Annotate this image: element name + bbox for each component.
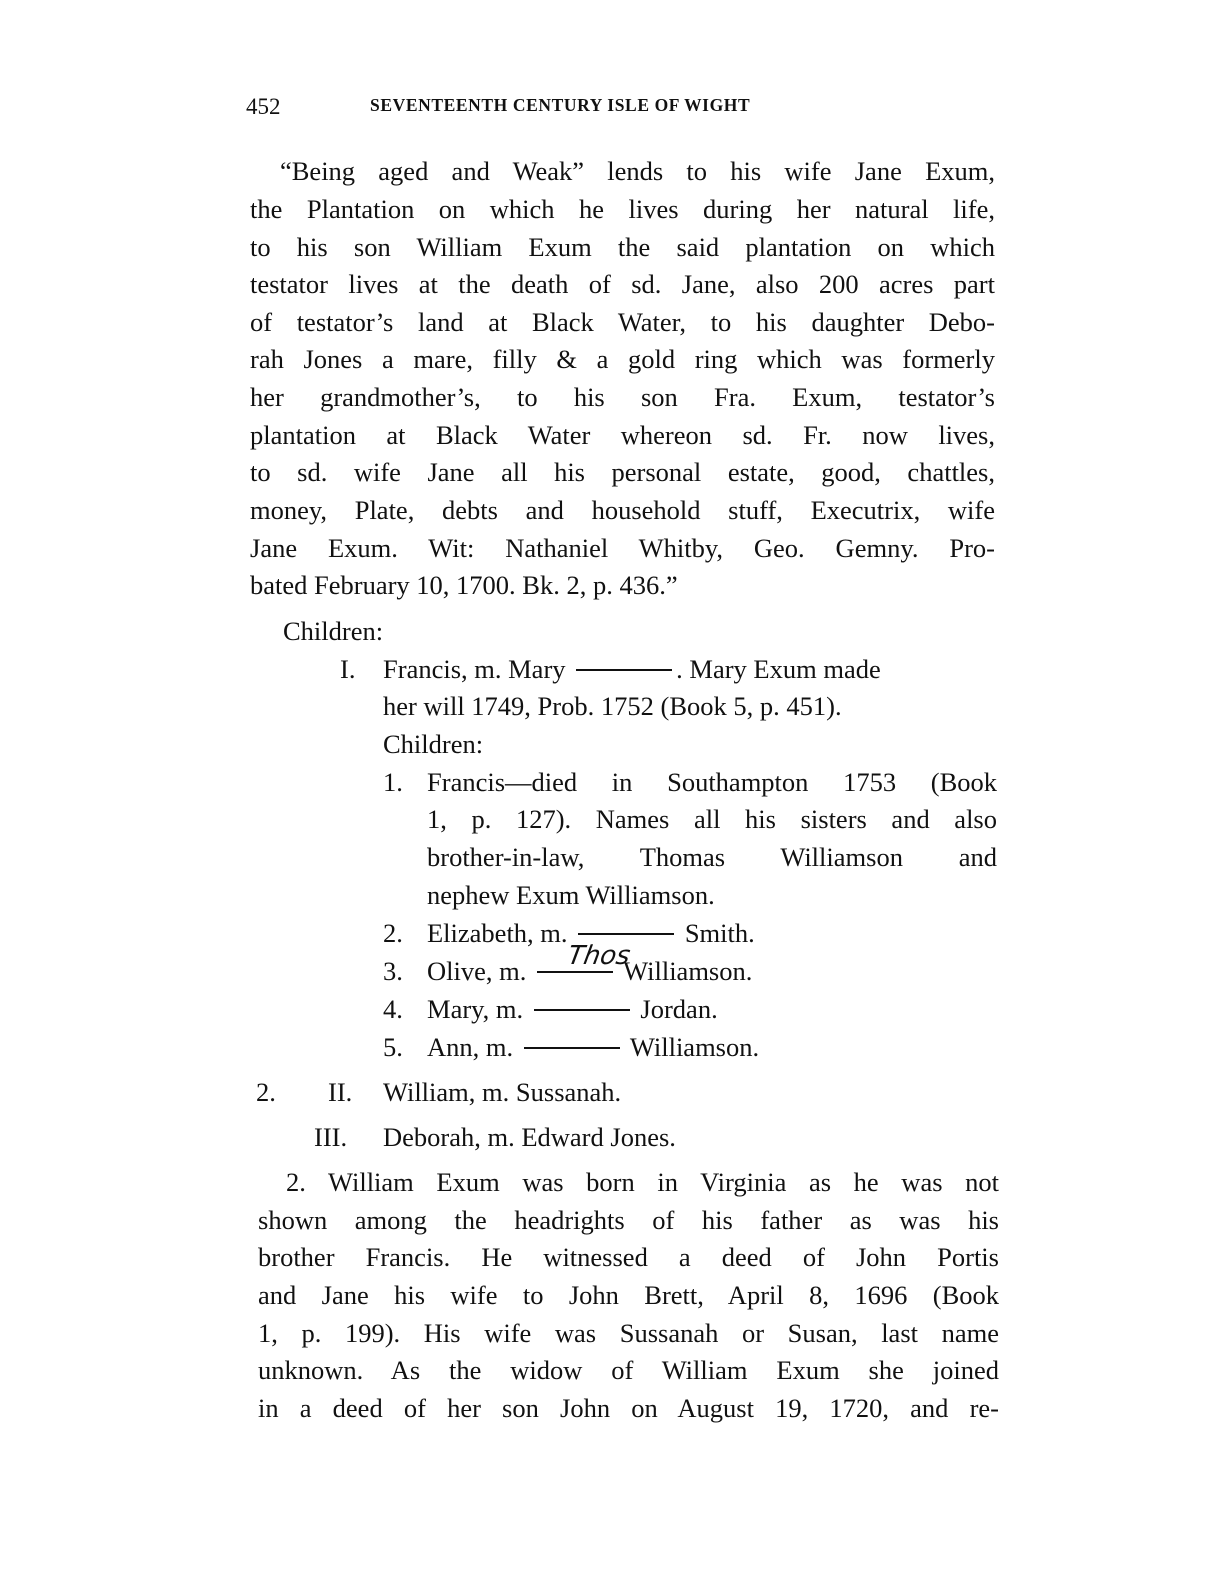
text-line: nephew Exum Williamson. bbox=[427, 879, 715, 911]
child-entry-line: Deborah, m. Edward Jones. bbox=[383, 1121, 676, 1153]
roman-numeral: I. bbox=[340, 653, 355, 685]
running-title: SEVENTEENTH CENTURY ISLE OF WIGHT bbox=[370, 90, 750, 120]
text-line: 1, p. 199). His wife was Sussanah or Sus… bbox=[258, 1317, 999, 1349]
text-line: plantation at Black Water whereon sd. Fr… bbox=[250, 419, 995, 451]
book-page: 452 SEVENTEENTH CENTURY ISLE OF WIGHT “B… bbox=[0, 0, 1224, 1584]
blank-line bbox=[537, 971, 613, 973]
sub-children-heading: Children: bbox=[383, 728, 483, 760]
text-line: Jane Exum. Wit: Nathaniel Whitby, Geo. G… bbox=[250, 532, 995, 564]
grandchild-name: Mary, m. bbox=[427, 994, 523, 1024]
page-number: 452 bbox=[246, 92, 281, 122]
text-line: and Jane his wife to John Brett, April 8… bbox=[258, 1279, 999, 1311]
child-note: . Mary Exum made bbox=[676, 654, 881, 684]
text-line: rah Jones a mare, filly & a gold ring wh… bbox=[250, 343, 995, 375]
blank-line bbox=[576, 669, 672, 671]
child-entry-line: William, m. Sussanah. bbox=[383, 1076, 621, 1108]
spouse-surname: Smith. bbox=[685, 918, 755, 948]
grandchild-entry: Ann, m. Williamson. bbox=[427, 1031, 759, 1063]
handwritten-annotation: Thos bbox=[566, 943, 632, 969]
spouse-surname: Williamson. bbox=[623, 956, 752, 986]
text-line: brother-in-law, Thomas Williamson and bbox=[427, 841, 997, 873]
list-number: 5. bbox=[383, 1031, 403, 1063]
list-number: 4. bbox=[383, 993, 403, 1025]
text-line: unknown. As the widow of William Exum sh… bbox=[258, 1354, 999, 1386]
grandchild-name: Ann, m. bbox=[427, 1032, 513, 1062]
text-line: “Being aged and Weak” lends to his wife … bbox=[280, 155, 995, 187]
spouse-surname: Williamson. bbox=[630, 1032, 759, 1062]
spouse-surname: Jordan. bbox=[640, 994, 717, 1024]
child-entry-line: her will 1749, Prob. 1752 (Book 5, p. 45… bbox=[383, 690, 842, 722]
text-line: testator lives at the death of sd. Jane,… bbox=[250, 268, 995, 300]
child-entry-line: Francis, m. Mary . Mary Exum made bbox=[383, 653, 881, 685]
roman-numeral: II. bbox=[328, 1076, 352, 1108]
text-line: Francis—died in Southampton 1753 (Book bbox=[427, 766, 997, 798]
grandchild-entry: Mary, m. Jordan. bbox=[427, 993, 718, 1025]
text-line: her grandmother’s, to his son Fra. Exum,… bbox=[250, 381, 995, 413]
text-line: 2. William Exum was born in Virginia as … bbox=[286, 1166, 999, 1198]
text-line: bated February 10, 1700. Bk. 2, p. 436.” bbox=[250, 569, 678, 601]
grandchild-name: Olive, m. bbox=[427, 956, 526, 986]
list-number: 1. bbox=[383, 766, 403, 798]
margin-reference: 2. bbox=[256, 1076, 276, 1108]
list-number: 2. bbox=[383, 917, 403, 949]
blank-line bbox=[534, 1009, 630, 1011]
children-heading: Children: bbox=[283, 615, 383, 647]
blank-line bbox=[524, 1047, 620, 1049]
text-line: shown among the headrights of his father… bbox=[258, 1204, 999, 1236]
text-line: to sd. wife Jane all his personal estate… bbox=[250, 456, 995, 488]
text-line: brother Francis. He witnessed a deed of … bbox=[258, 1241, 999, 1273]
blank-line bbox=[578, 933, 674, 935]
text-line: to his son William Exum the said plantat… bbox=[250, 231, 995, 263]
list-number: 3. bbox=[383, 955, 403, 987]
text-line: money, Plate, debts and household stuff,… bbox=[250, 494, 995, 526]
grandchild-name: Elizabeth, m. bbox=[427, 918, 568, 948]
child-name: Francis, m. Mary bbox=[383, 654, 566, 684]
roman-numeral: III. bbox=[314, 1121, 347, 1153]
text-line: of testator’s land at Black Water, to hi… bbox=[250, 306, 995, 338]
running-head: 452 SEVENTEENTH CENTURY ISLE OF WIGHT bbox=[246, 90, 1006, 120]
text-line: in a deed of her son John on August 19, … bbox=[258, 1392, 999, 1424]
text-line: the Plantation on which he lives during … bbox=[250, 193, 995, 225]
text-line: 1, p. 127). Names all his sisters and al… bbox=[427, 803, 997, 835]
